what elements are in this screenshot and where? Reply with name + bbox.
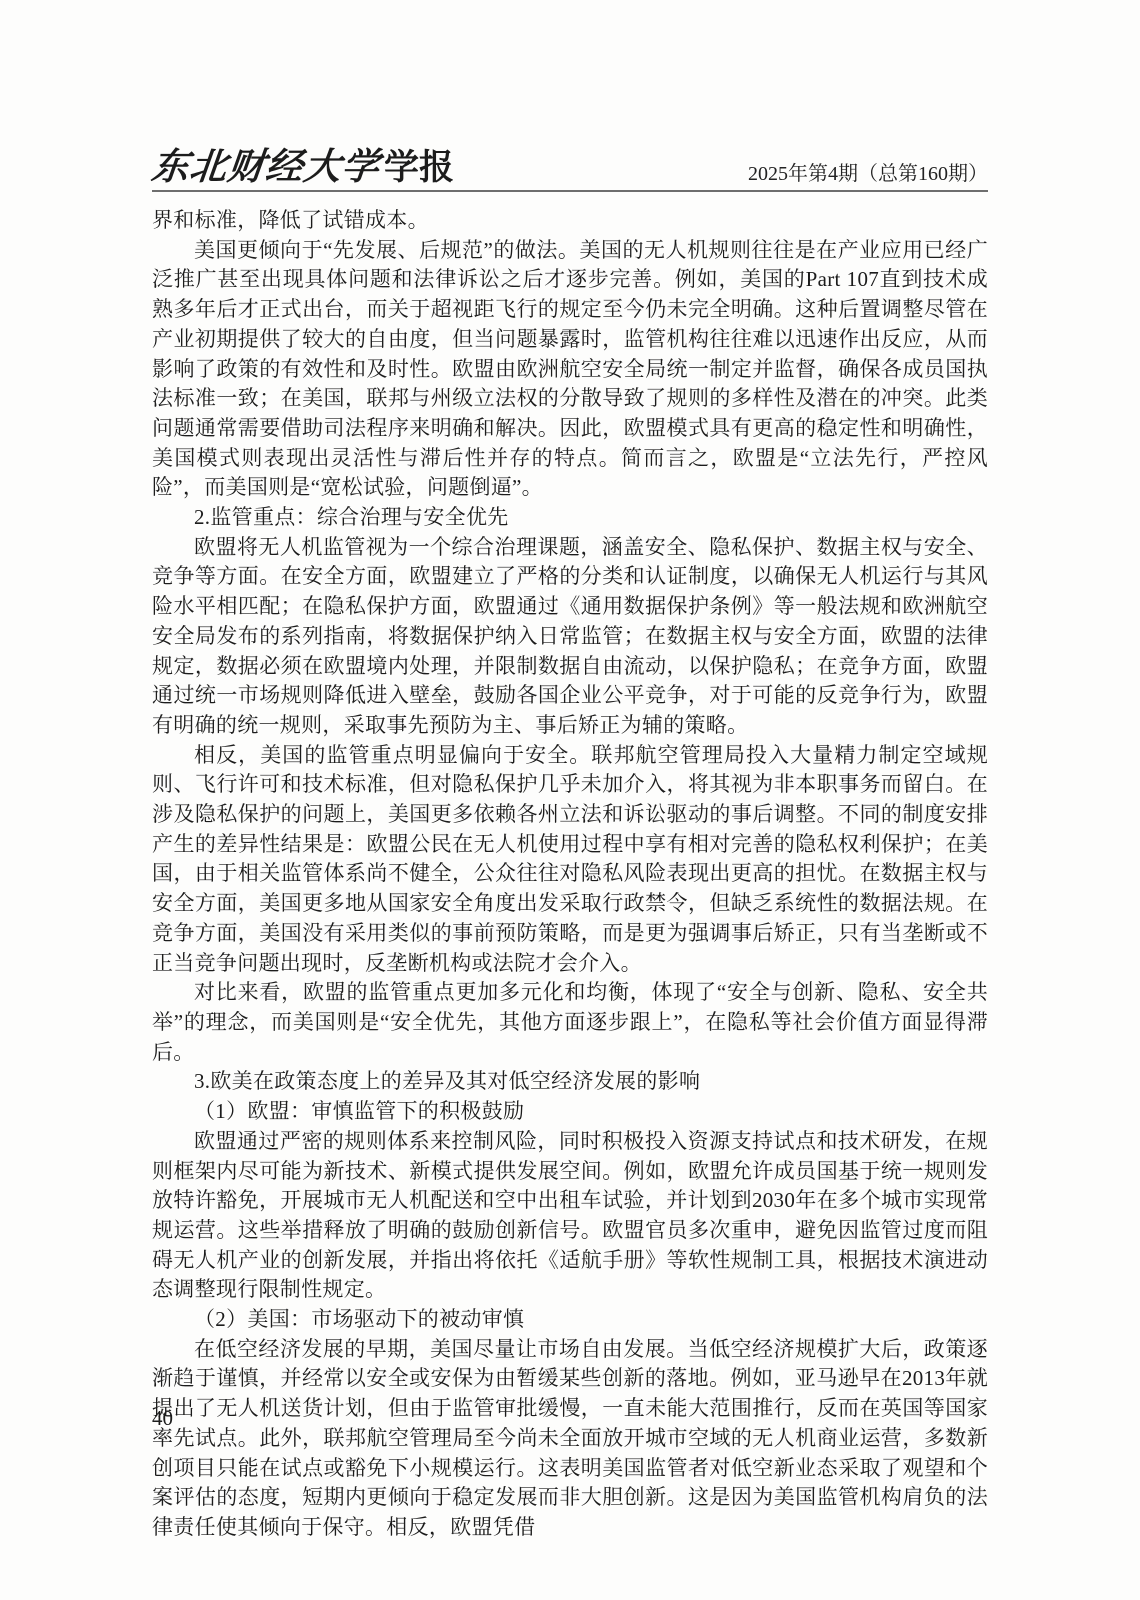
journal-masthead-logo: 东北财经大学 学报 xyxy=(152,136,454,190)
journal-title-suffix: 学报 xyxy=(384,140,454,190)
journal-page: 东北财经大学 学报 2025年第4期（总第160期） 界和标准，降低了试错成本。… xyxy=(152,0,988,1600)
subsection-heading: （1）欧盟：审慎监管下的积极鼓励 xyxy=(152,1097,988,1127)
page-number: 40 xyxy=(152,1406,173,1431)
paragraph: 欧盟通过严密的规则体系来控制风险，同时积极投入资源支持试点和技术研发，在规则框架… xyxy=(152,1127,988,1305)
paragraph: 对比来看，欧盟的监管重点更加多元化和均衡，体现了“安全与创新、隐私、安全共举”的… xyxy=(152,978,988,1067)
paragraph-continuation: 界和标准，降低了试错成本。 xyxy=(152,206,988,236)
paragraph: 相反，美国的监管重点明显偏向于安全。联邦航空管理局投入大量精力制定空域规则、飞行… xyxy=(152,741,988,979)
article-body: 界和标准，降低了试错成本。 美国更倾向于“先发展、后规范”的做法。美国的无人机规… xyxy=(152,206,988,1543)
paragraph: 欧盟将无人机监管视为一个综合治理课题，涵盖安全、隐私保护、数据主权与安全、竞争等… xyxy=(152,533,988,741)
paragraph: 在低空经济发展的早期，美国尽量让市场自由发展。当低空经济规模扩大后，政策逐渐趋于… xyxy=(152,1335,988,1543)
header-rule xyxy=(152,190,988,192)
issue-info: 2025年第4期（总第160期） xyxy=(748,157,988,190)
paragraph: 美国更倾向于“先发展、后规范”的做法。美国的无人机规则往往是在产业应用已经广泛推… xyxy=(152,236,988,503)
section-heading: 3.欧美在政策态度上的差异及其对低空经济发展的影响 xyxy=(152,1067,988,1097)
section-heading: 2.监管重点：综合治理与安全优先 xyxy=(152,503,988,533)
page-header: 东北财经大学 学报 2025年第4期（总第160期） xyxy=(152,138,988,190)
journal-title-calligraphy: 东北财经大学 xyxy=(149,136,383,190)
subsection-heading: （2）美国：市场驱动下的被动审慎 xyxy=(152,1305,988,1335)
